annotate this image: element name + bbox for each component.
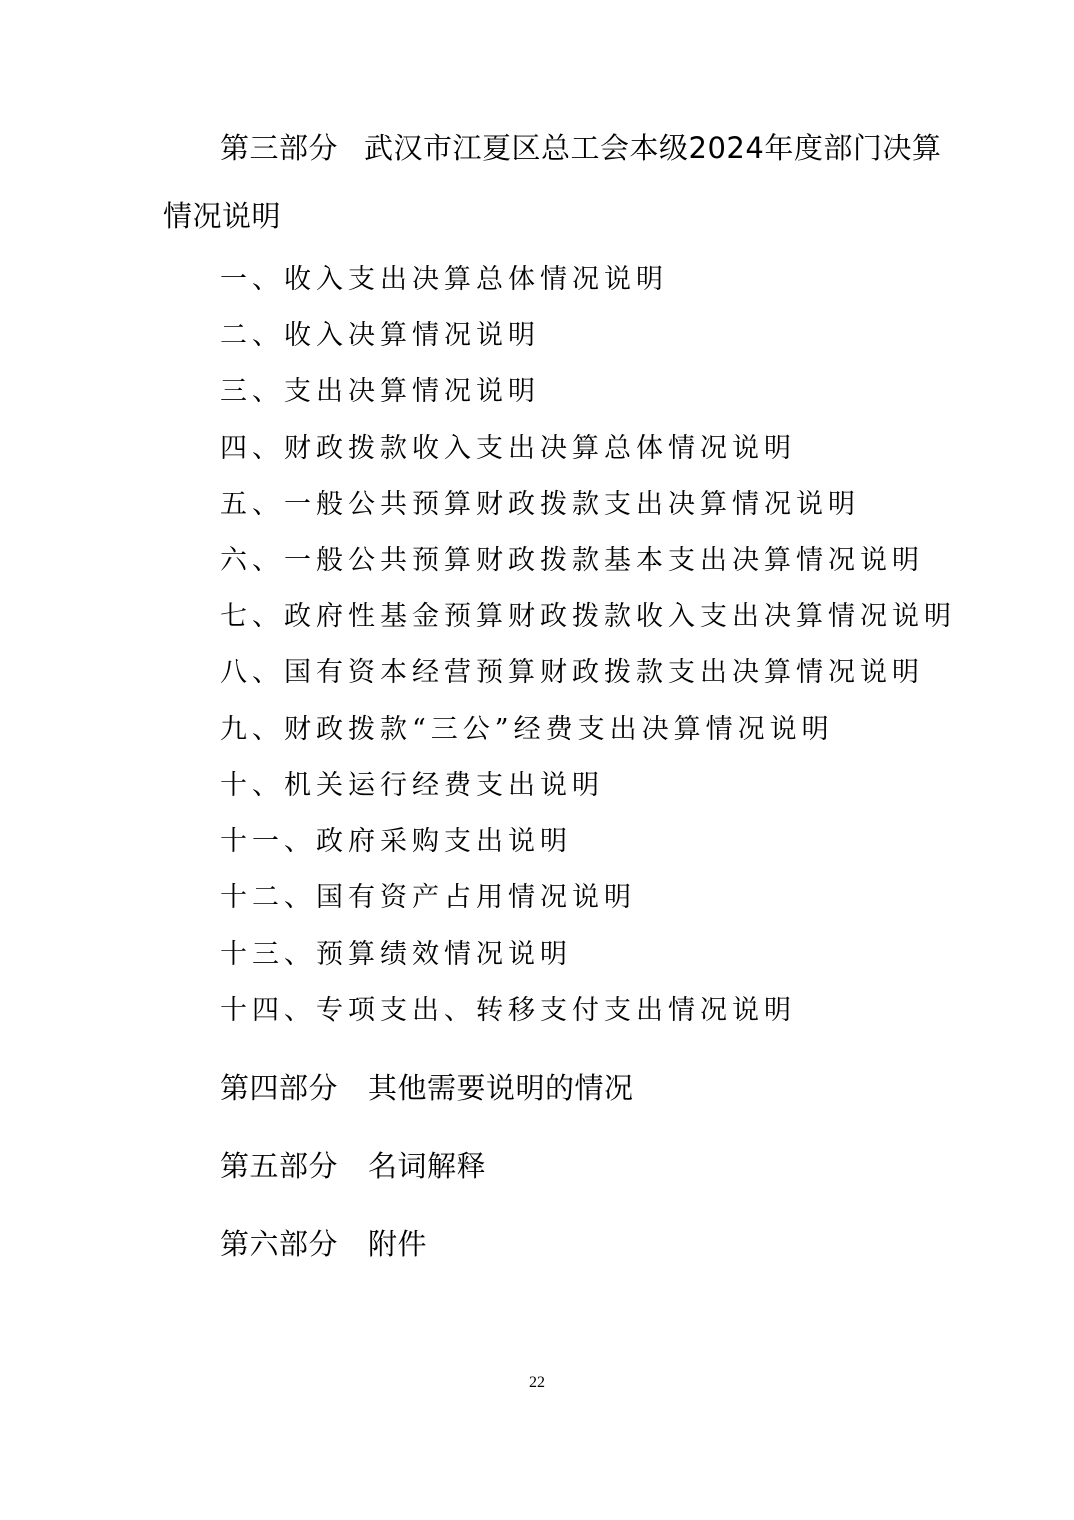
toc-item: 十三、预算绩效情况说明 <box>220 938 572 972</box>
toc-item: 七、政府性基金预算财政拨款收入支出决算情况说明 <box>220 600 956 634</box>
toc-item: 四、财政拨款收入支出决算总体情况说明 <box>220 432 796 466</box>
toc-item: 八、国有资本经营预算财政拨款支出决算情况说明 <box>220 656 924 690</box>
toc-item: 一、收入支出决算总体情况说明 <box>220 263 668 297</box>
toc-item: 十四、专项支出、转移支付支出情况说明 <box>220 994 796 1028</box>
toc-item: 二、收入决算情况说明 <box>220 319 540 353</box>
part-heading-6: 第六部分附件 <box>220 1226 427 1262</box>
part-heading-4: 第四部分其他需要说明的情况 <box>220 1070 634 1106</box>
toc-item: 六、一般公共预算财政拨款基本支出决算情况说明 <box>220 544 924 578</box>
toc-item: 九、财政拨款“三公”经费支出决算情况说明 <box>220 713 834 747</box>
toc-item: 三、支出决算情况说明 <box>220 375 540 409</box>
toc-item: 十二、国有资产占用情况说明 <box>220 881 636 915</box>
page-number: 22 <box>0 1374 1074 1392</box>
part-title: 附件 <box>368 1227 427 1261</box>
part-label: 第五部分 <box>220 1149 338 1183</box>
part-label: 第六部分 <box>220 1227 338 1261</box>
toc-item: 十一、政府采购支出说明 <box>220 825 572 859</box>
part-title: 名词解释 <box>368 1149 486 1183</box>
part-label: 第四部分 <box>220 1071 338 1105</box>
heading-part-label: 第三部分 <box>220 131 338 165</box>
toc-item: 五、一般公共预算财政拨款支出决算情况说明 <box>220 488 860 522</box>
section-heading: 第三部分武汉市江夏区总工会本级2024年度部门决算 情况说明 <box>163 114 943 250</box>
heading-title-line1: 武汉市江夏区总工会本级2024年度部门决算 <box>364 131 941 165</box>
part-title: 其他需要说明的情况 <box>368 1071 634 1105</box>
part-heading-5: 第五部分名词解释 <box>220 1148 486 1184</box>
toc-item: 十、机关运行经费支出说明 <box>220 769 604 803</box>
heading-title-line2: 情况说明 <box>163 199 281 233</box>
